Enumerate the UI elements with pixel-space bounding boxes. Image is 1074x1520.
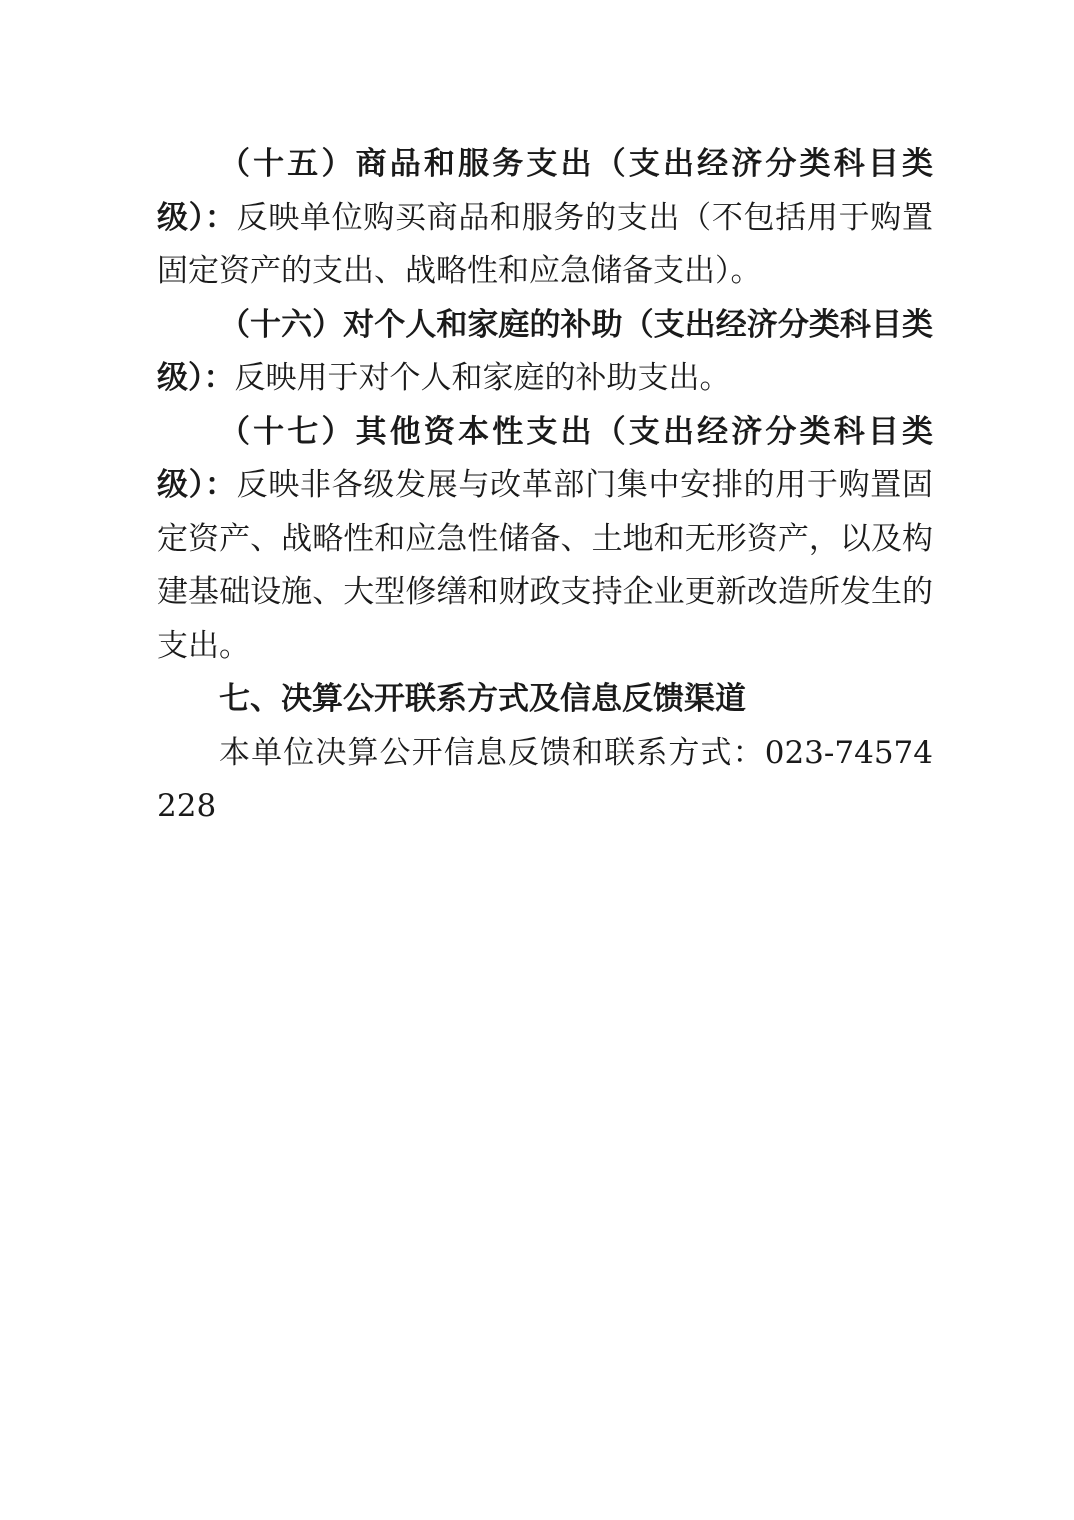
para-item-17: （十七）其他资本性支出（支出经济分类科目类级）：反映非各级发展与改革部门集中安排… (157, 406, 933, 674)
document-page: （十五）商品和服务支出（支出经济分类科目类级）：反映单位购买商品和服务的支出（不… (0, 0, 1074, 1520)
item-16-body: 反映用于对个人和家庭的补助支出。 (235, 360, 731, 396)
para-contact: 本单位决算公开信息反馈和联系方式：023-74574228 (157, 727, 933, 834)
para-item-15: （十五）商品和服务支出（支出经济分类科目类级）：反映单位购买商品和服务的支出（不… (157, 138, 933, 299)
item-15-body: 反映单位购买商品和服务的支出（不包括用于购置固定资产的支出、战略性和应急储备支出… (157, 200, 933, 290)
item-17-body: 反映非各级发展与改革部门集中安排的用于购置固定资产、战略性和应急性储备、土地和无… (157, 467, 933, 664)
contact-label: 本单位决算公开信息反馈和联系方式： (219, 735, 765, 771)
document-content: （十五）商品和服务支出（支出经济分类科目类级）：反映单位购买商品和服务的支出（不… (157, 138, 933, 834)
heading-section-7: 七、决算公开联系方式及信息反馈渠道 (157, 673, 933, 727)
para-item-16: （十六）对个人和家庭的补助（支出经济分类科目类级）：反映用于对个人和家庭的补助支… (157, 299, 933, 406)
section-7-title: 七、决算公开联系方式及信息反馈渠道 (219, 681, 746, 717)
